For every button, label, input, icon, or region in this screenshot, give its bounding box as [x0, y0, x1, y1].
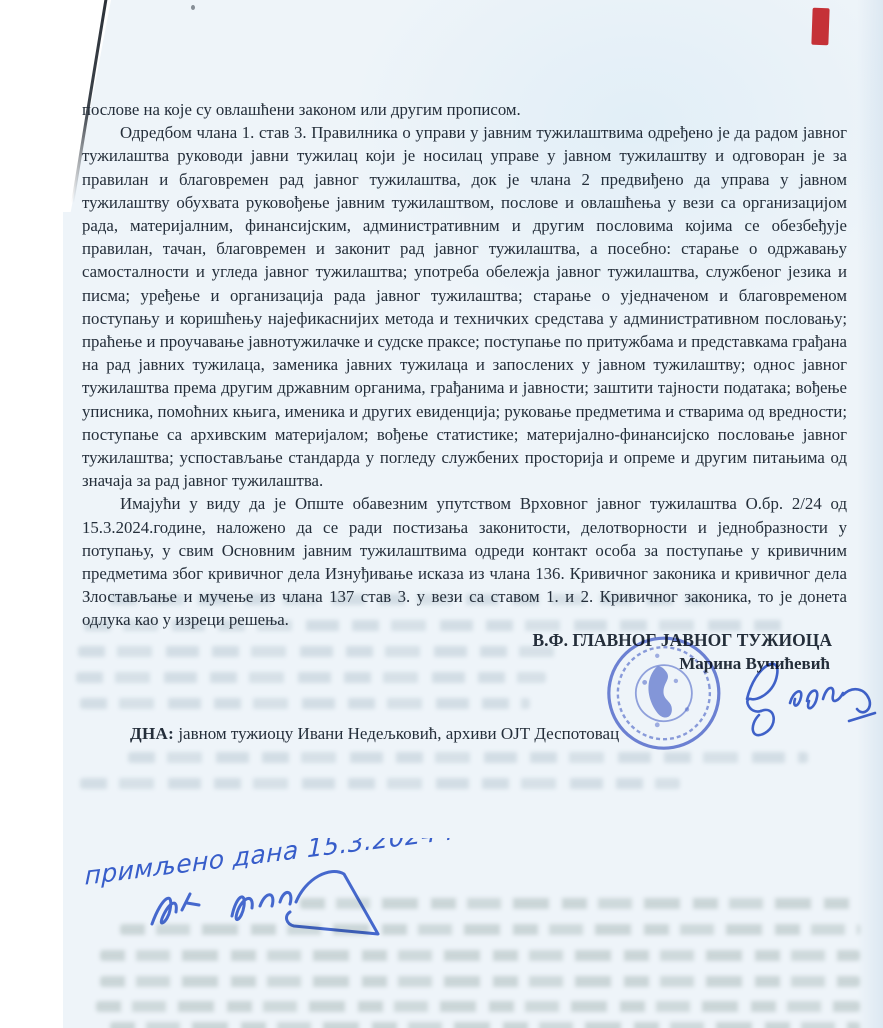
receipt-signature-scribble: [152, 872, 378, 934]
paragraph-regulation: Одредбом члана 1. став 3. Правилника о у…: [82, 121, 847, 492]
document-body: послове на које су овлашћени законом или…: [82, 98, 847, 632]
distribution-label: ДНА:: [130, 724, 174, 743]
distribution-line: ДНА: јавном тужиоцу Ивани Недељковић, ар…: [130, 723, 770, 745]
distribution-text: јавном тужиоцу Ивани Недељковић, архиви …: [174, 724, 619, 743]
paragraph-conclusion: Имајући у виду да је Опште обавезним упу…: [82, 492, 847, 631]
scanned-document-page: послове на које су овлашћени законом или…: [0, 0, 883, 1028]
red-ink-mark: [811, 8, 829, 46]
handwritten-receipt-note: примљено дана 15.3.2024 год: [82, 838, 462, 953]
paragraph-continuation: послове на које су овлашћени законом или…: [82, 98, 847, 121]
scan-speck: [191, 5, 195, 10]
receipt-note-text: примљено дана 15.3.2024 год: [85, 838, 462, 891]
